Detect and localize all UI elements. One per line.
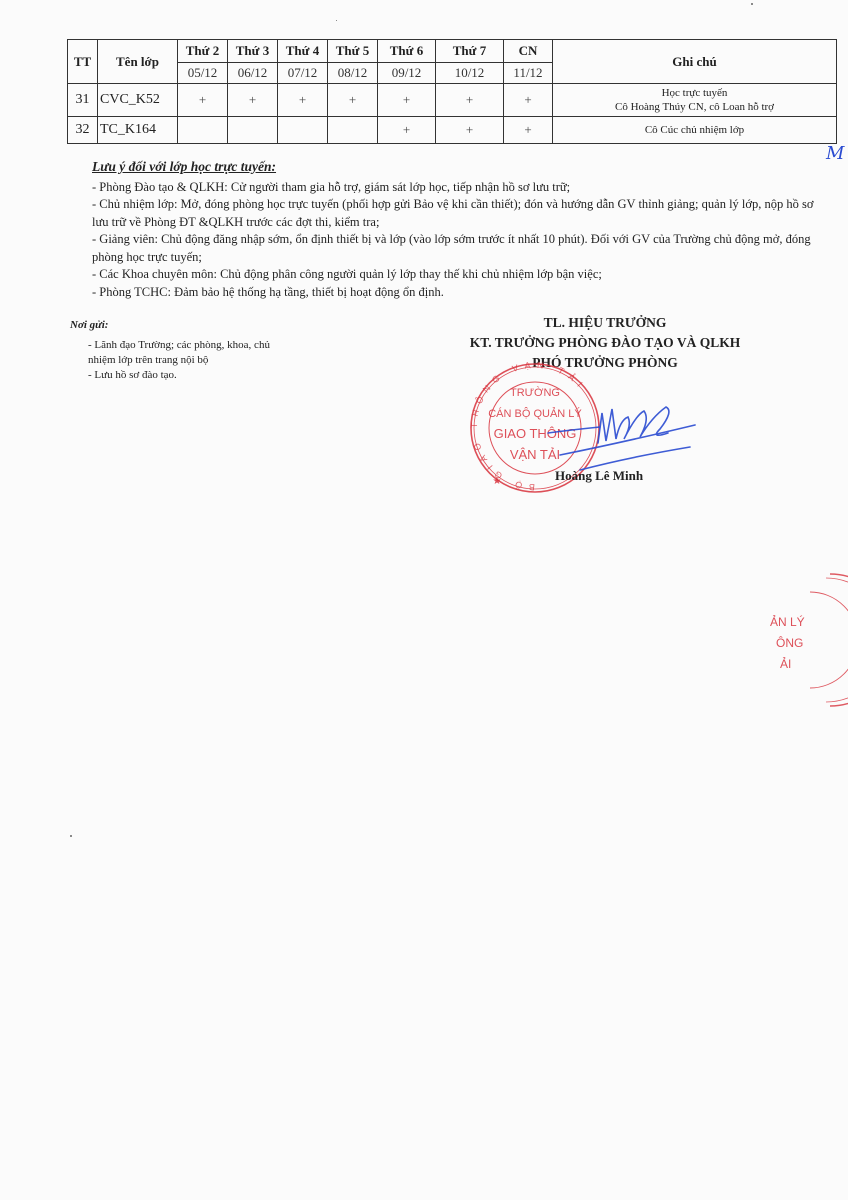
row-class-name: TC_K164 (98, 117, 178, 144)
recipients-label: Nơi gửi: (70, 318, 280, 333)
signer-name: Hoàng Lê Minh (555, 468, 643, 484)
recipients-block: Nơi gửi: - Lãnh đạo Trường; các phòng, k… (70, 318, 280, 383)
row-mark: + (328, 84, 378, 117)
row-mark (328, 117, 378, 144)
scan-speck (751, 3, 753, 5)
row-mark: + (436, 117, 504, 144)
note-item: - Chủ nhiệm lớp: Mở, đóng phòng học trực… (92, 196, 822, 231)
header-date-sat: 10/12 (436, 63, 504, 84)
header-note: Ghi chú (553, 40, 837, 84)
handwritten-initial: M (826, 143, 844, 164)
notes-title: Lưu ý đối với lớp học trực tuyến: (92, 158, 822, 176)
row-class-name: CVC_K52 (98, 84, 178, 117)
row-mark: + (504, 117, 553, 144)
header-day-thu: Thứ 5 (328, 40, 378, 63)
header-day-tue: Thứ 3 (228, 40, 278, 63)
scan-speck (336, 20, 337, 21)
header-day-sat: Thứ 7 (436, 40, 504, 63)
row-mark (178, 117, 228, 144)
row-note-line1: Học trực tuyến (553, 86, 836, 100)
schedule-table: TT Tên lớp Thứ 2 Thứ 3 Thứ 4 Thứ 5 Thứ 6… (67, 39, 837, 144)
signature-line-1: TL. HIỆU TRƯỞNG (440, 313, 770, 333)
header-day-fri: Thứ 6 (378, 40, 436, 63)
row-mark (278, 117, 328, 144)
table-row: 31 CVC_K52 + + + + + + + Học trực tuyến … (68, 84, 837, 117)
table-row: 32 TC_K164 + + + Cô Cúc chủ nhiệm lớp (68, 117, 837, 144)
row-mark: + (178, 84, 228, 117)
row-mark: + (436, 84, 504, 117)
header-tt: TT (68, 40, 98, 84)
note-item: - Các Khoa chuyên môn: Chủ động phân côn… (92, 266, 822, 284)
row-mark (228, 117, 278, 144)
partial-stamp-line-1: ẢN LÝ (770, 614, 805, 629)
svg-text:★: ★ (493, 476, 502, 487)
row-note: Học trực tuyến Cô Hoàng Thúy CN, cô Loan… (553, 84, 837, 117)
header-date-sun: 11/12 (504, 63, 553, 84)
row-mark: + (378, 84, 436, 117)
row-note: Cô Cúc chủ nhiệm lớp (553, 117, 837, 144)
row-note-line1: Cô Cúc chủ nhiệm lớp (553, 123, 836, 137)
document-page: TT Tên lớp Thứ 2 Thứ 3 Thứ 4 Thứ 5 Thứ 6… (0, 0, 848, 1200)
header-date-tue: 06/12 (228, 63, 278, 84)
row-mark: + (228, 84, 278, 117)
partial-stamp-icon: ẢN LÝ ÔNG ẢI (770, 568, 848, 713)
handwritten-signature-icon (540, 395, 700, 475)
row-mark: + (378, 117, 436, 144)
header-class-name: Tên lớp (98, 40, 178, 84)
row-note-line2: Cô Hoàng Thúy CN, cô Loan hỗ trợ (553, 100, 836, 114)
row-mark: + (504, 84, 553, 117)
note-item: - Giảng viên: Chủ động đăng nhập sớm, ổn… (92, 231, 822, 266)
online-class-notes: Lưu ý đối với lớp học trực tuyến: - Phòn… (92, 158, 822, 301)
partial-stamp-line-3: ẢI (780, 656, 791, 671)
header-day-mon: Thứ 2 (178, 40, 228, 63)
note-item: - Phòng TCHC: Đảm bảo hệ thống hạ tầng, … (92, 284, 822, 302)
recipient-item: - Lưu hồ sơ đào tạo. (70, 368, 280, 383)
row-tt: 31 (68, 84, 98, 117)
header-date-fri: 09/12 (378, 63, 436, 84)
header-day-sun: CN (504, 40, 553, 63)
row-tt: 32 (68, 117, 98, 144)
scan-speck (70, 835, 72, 837)
header-date-mon: 05/12 (178, 63, 228, 84)
header-date-thu: 08/12 (328, 63, 378, 84)
header-day-wed: Thứ 4 (278, 40, 328, 63)
signature-line-2: KT. TRƯỞNG PHÒNG ĐÀO TẠO VÀ QLKH (440, 333, 770, 353)
partial-stamp-line-2: ÔNG (776, 635, 803, 650)
recipient-item: - Lãnh đạo Trường; các phòng, khoa, chủ … (70, 338, 280, 368)
row-mark: + (278, 84, 328, 117)
note-item: - Phòng Đào tạo & QLKH: Cử người tham gi… (92, 179, 822, 197)
header-date-wed: 07/12 (278, 63, 328, 84)
